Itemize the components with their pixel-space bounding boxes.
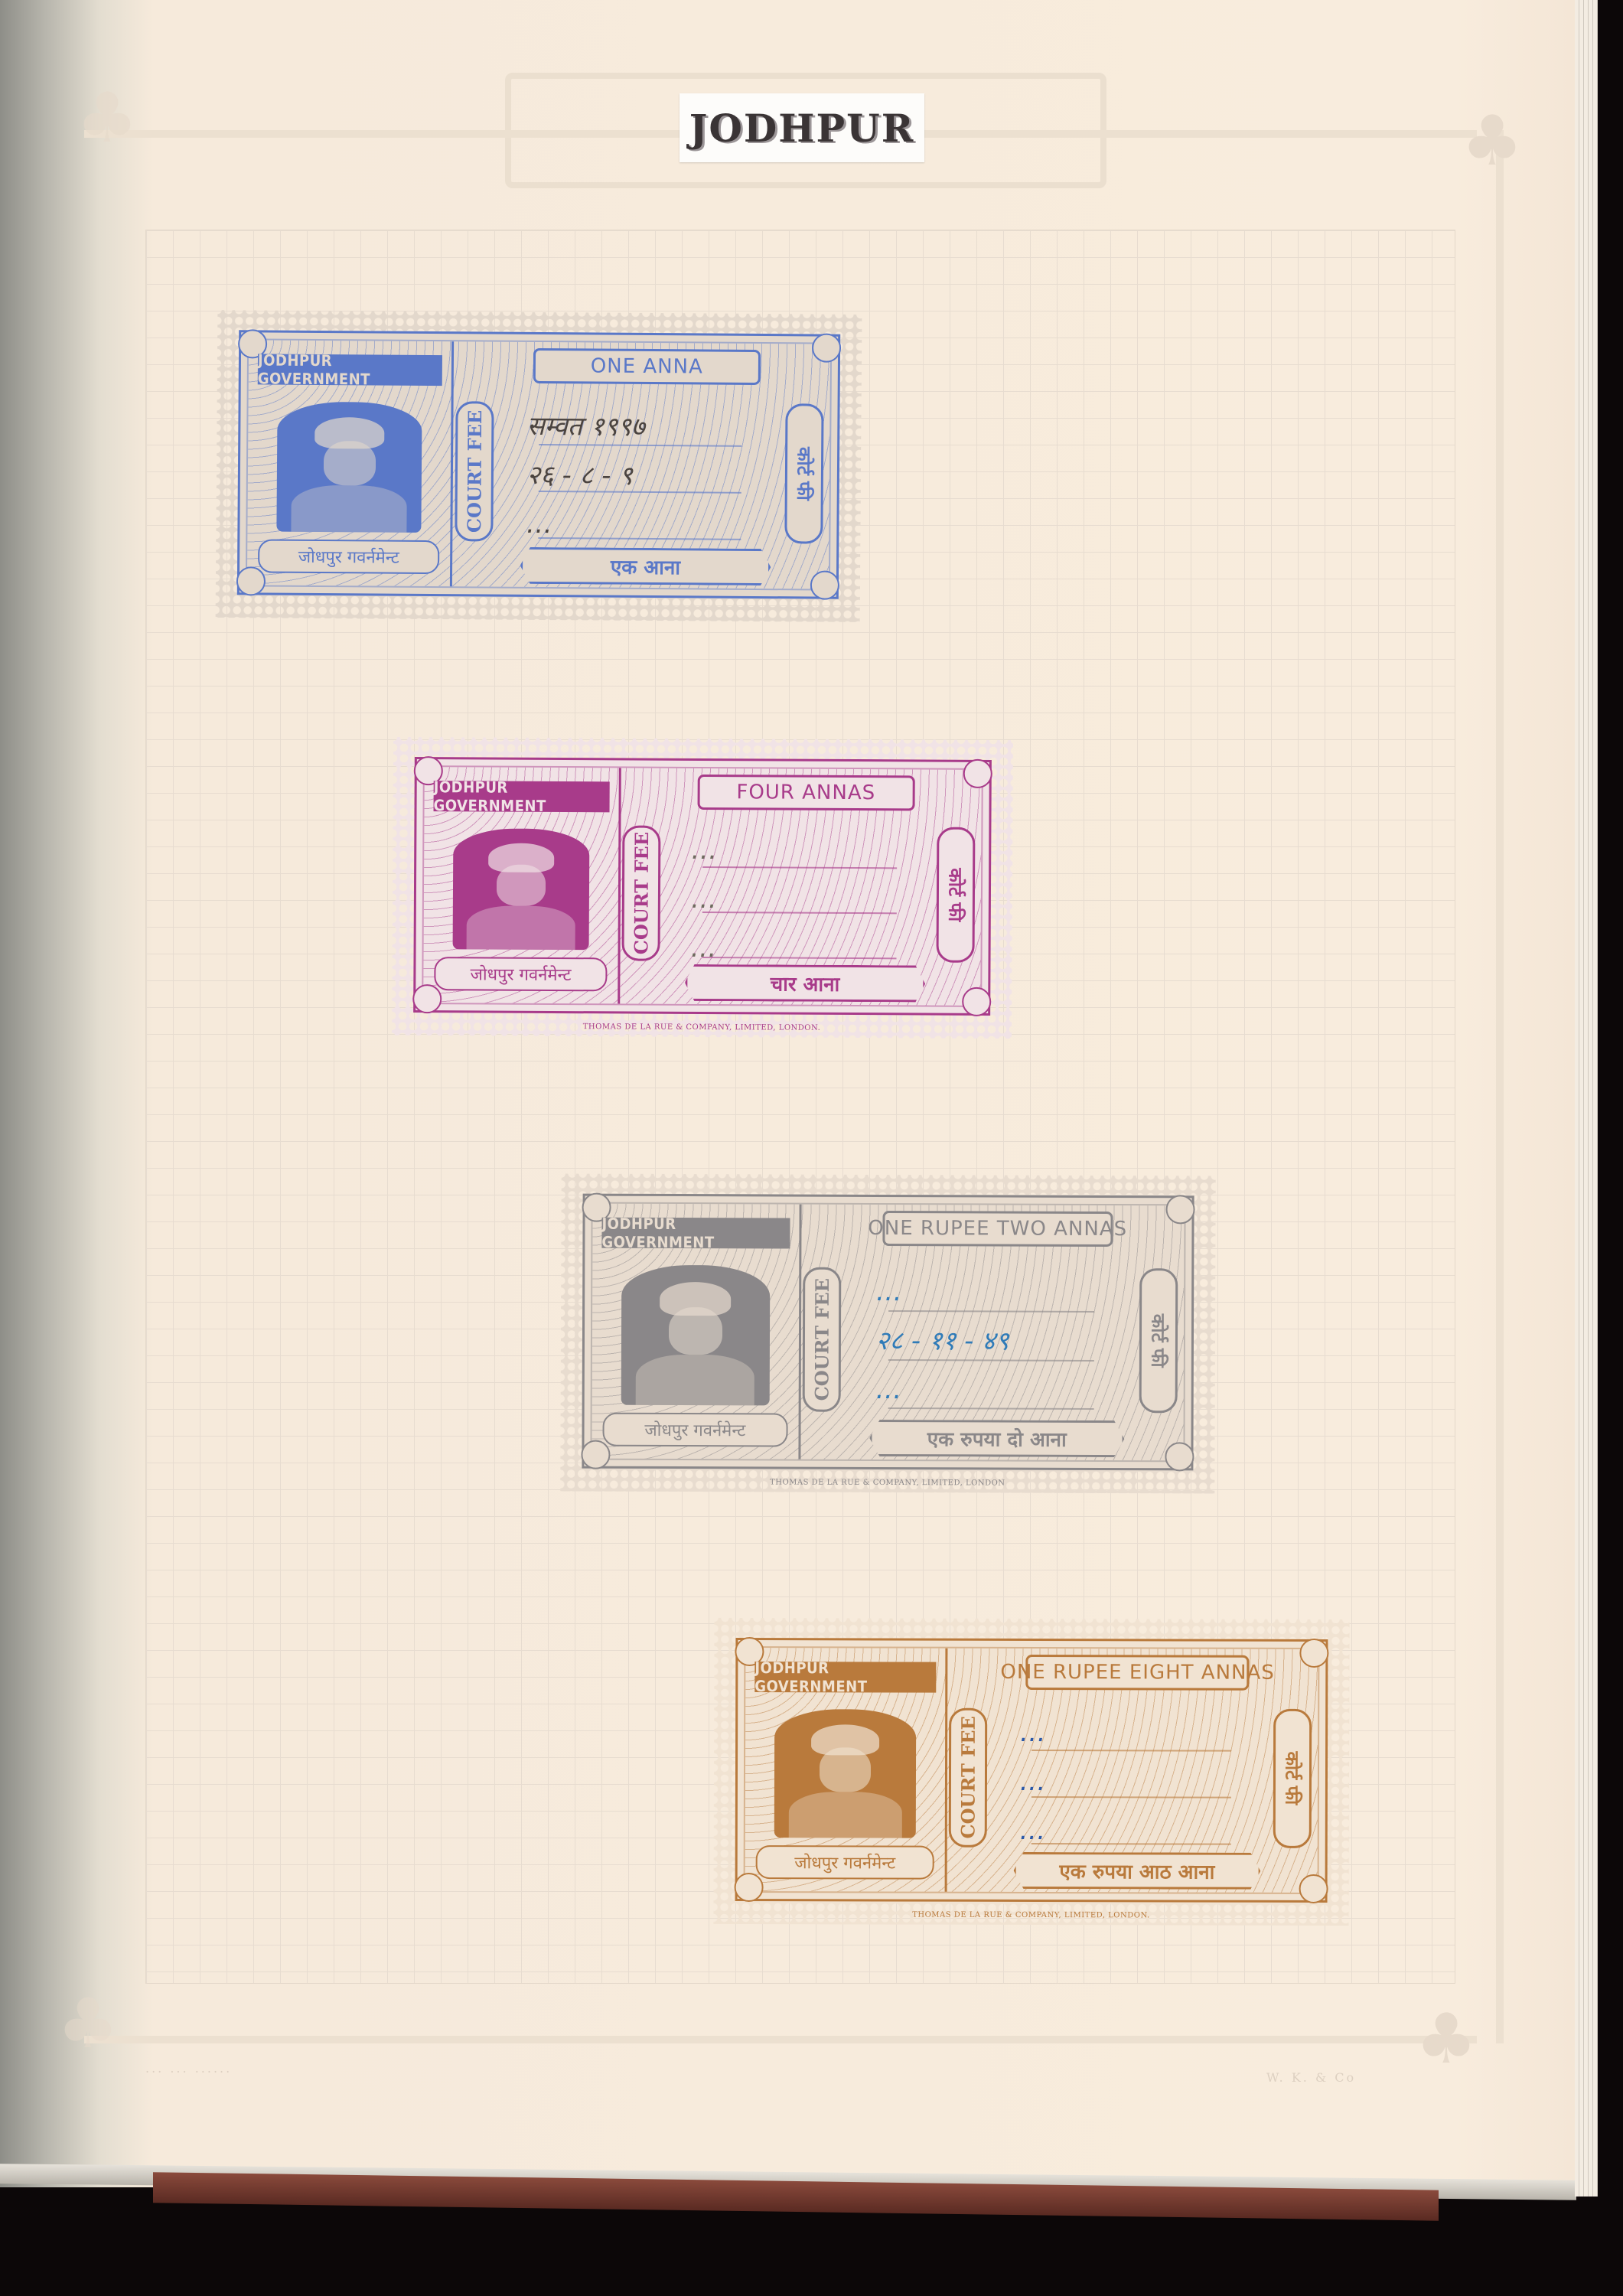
denomination-hindi: एक रुपया दो आना — [869, 1420, 1124, 1457]
stamp-design: JODHPUR GOVERNMENT जोधपुर गवर्नमेन्ट COU… — [413, 757, 992, 1016]
rosette-icon — [810, 570, 839, 599]
publisher-imprint-right: W. K. & Co — [1266, 2070, 1356, 2085]
rosette-icon — [1299, 1874, 1328, 1903]
maharaja-portrait — [453, 828, 590, 950]
frame-border-right — [1496, 130, 1504, 2043]
issuer-english: JODHPUR GOVERNMENT — [258, 354, 442, 386]
court-fee-text: COURT FEE — [463, 410, 486, 533]
court-fee-hindi-text: कोर्ट फी — [1279, 1752, 1305, 1805]
country-title-label: JODHPUR — [680, 93, 924, 162]
country-title: JODHPUR — [689, 106, 915, 151]
court-fee-text: COURT FEE — [811, 1278, 834, 1401]
maharaja-portrait — [276, 402, 422, 533]
necklace-icon — [788, 1792, 901, 1838]
page-stack-edge — [1575, 0, 1598, 2197]
manuscript-line: २८ - ११ - ४९ — [875, 1316, 1106, 1366]
manuscript-line: … — [1020, 1757, 1243, 1807]
maharaja-portrait — [774, 1709, 917, 1838]
court-fee-label: COURT FEE — [622, 826, 661, 961]
issuer-hindi: जोधपुर गवर्नमेन्ट — [602, 1413, 787, 1447]
manuscript-line: … — [876, 1267, 1107, 1317]
manuscript-line: २६ - ८ - ९ — [526, 451, 754, 501]
frame-border-bottom — [84, 2036, 1477, 2043]
court-fee-hindi-text: कोर्ट फी — [943, 868, 968, 921]
clover-ornament-icon: ♣ — [1412, 2005, 1481, 2074]
portrait-panel: JODHPUR GOVERNMENT जोधपुर गवर्नमेन्ट — [592, 1204, 801, 1459]
manuscript-cancellation: ……… — [1019, 1708, 1243, 1856]
court-fee-text: COURT FEE — [630, 832, 653, 954]
manuscript-line: सम्वत १९९७ — [527, 402, 754, 452]
necklace-icon — [291, 485, 407, 533]
publisher-imprint-left: ... ... ...... — [145, 2061, 232, 2076]
court-fee-hindi-label: कोर्ट फी — [936, 827, 975, 963]
face-icon — [323, 441, 375, 485]
manuscript-line: … — [1019, 1806, 1243, 1856]
issuer-hindi: जोधपुर गवर्नमेन्ट — [756, 1845, 934, 1880]
clover-ornament-icon: ♣ — [54, 1990, 122, 2059]
court-fee-hindi-label: कोर्ट फी — [784, 404, 823, 544]
manuscript-line: … — [526, 500, 754, 550]
necklace-icon — [466, 905, 575, 950]
issuer-english: JODHPUR GOVERNMENT — [434, 781, 611, 812]
manuscript-cancellation: …२८ - ११ - ४९… — [875, 1267, 1106, 1415]
face-icon — [820, 1748, 871, 1792]
manuscript-line: … — [875, 1365, 1106, 1415]
stamp-one-rupee-eight-annas[interactable]: JODHPUR GOVERNMENT जोधपुर गवर्नमेन्ट COU… — [713, 1618, 1349, 1926]
denomination-english: ONE RUPEE TWO ANNAS — [882, 1211, 1113, 1247]
issuer-hindi: जोधपुर गवर्नमेन्ट — [434, 957, 608, 991]
portrait-panel: JODHPUR GOVERNMENT जोधपुर गवर्नमेन्ट — [423, 767, 621, 1003]
face-icon — [497, 865, 546, 906]
stamp-four-annas[interactable]: JODHPUR GOVERNMENT जोधपुर गवर्नमेन्ट COU… — [392, 737, 1013, 1039]
manuscript-line: … — [691, 826, 909, 876]
stamp-design: JODHPUR GOVERNMENT जोधपुर गवर्नमेन्ट COU… — [237, 330, 840, 598]
printer-imprint: THOMAS DE LA RUE & COMPANY, LIMITED, LON… — [416, 1022, 988, 1033]
clover-ornament-icon: ♣ — [1458, 107, 1527, 176]
court-fee-label: COURT FEE — [455, 402, 494, 542]
printer-imprint: THOMAS DE LA RUE & COMPANY, LIMITED, LON… — [584, 1478, 1191, 1489]
rosette-icon — [1166, 1195, 1195, 1224]
issuer-english: JODHPUR GOVERNMENT — [601, 1218, 790, 1249]
rosette-icon — [1165, 1442, 1194, 1471]
denomination-english: FOUR ANNAS — [697, 775, 914, 810]
denomination-english: ONE RUPEE EIGHT ANNAS — [1026, 1655, 1250, 1691]
denomination-english: ONE ANNA — [533, 348, 761, 385]
manuscript-line: … — [1020, 1708, 1243, 1758]
portrait-panel: JODHPUR GOVERNMENT जोधपुर गवर्नमेन्ट — [247, 340, 454, 586]
clover-ornament-icon: ♣ — [73, 84, 142, 153]
manuscript-line: … — [691, 875, 909, 925]
court-fee-label: COURT FEE — [803, 1267, 842, 1412]
manuscript-cancellation: सम्वत १९९७२६ - ८ - ९… — [526, 402, 754, 550]
denomination-hindi: एक आना — [520, 547, 771, 585]
printer-imprint — [240, 612, 836, 616]
printer-imprint: THOMAS DE LA RUE & COMPANY, LIMITED, LON… — [737, 1910, 1325, 1920]
stamp-design: JODHPUR GOVERNMENT जोधपुर गवर्नमेन्ट COU… — [735, 1638, 1328, 1903]
stamp-one-rupee-two-annas[interactable]: JODHPUR GOVERNMENT जोधपुर गवर्नमेन्ट COU… — [560, 1174, 1215, 1494]
court-fee-hindi-text: कोर्ट फी — [791, 447, 816, 501]
denomination-hindi: एक रुपया आठ आना — [1014, 1852, 1261, 1890]
stamp-design: JODHPUR GOVERNMENT जोधपुर गवर्नमेन्ट COU… — [582, 1194, 1194, 1471]
court-fee-hindi-text: कोर्ट फी — [1146, 1314, 1171, 1368]
court-fee-hindi-label: कोर्ट फी — [1139, 1268, 1178, 1414]
rosette-icon — [1299, 1639, 1328, 1668]
court-fee-text: COURT FEE — [957, 1716, 979, 1838]
stamp-one-anna[interactable]: JODHPUR GOVERNMENT जोधपुर गवर्नमेन्ट COU… — [216, 310, 862, 622]
rosette-icon — [962, 987, 991, 1016]
court-fee-hindi-label: कोर्ट फी — [1273, 1709, 1312, 1848]
rosette-icon — [963, 759, 992, 788]
rosette-icon — [812, 333, 841, 362]
manuscript-cancellation: ……… — [690, 826, 908, 974]
face-icon — [669, 1307, 722, 1355]
issuer-hindi: जोधपुर गवर्नमेन्ट — [258, 539, 439, 574]
issuer-english: JODHPUR GOVERNMENT — [754, 1662, 936, 1693]
portrait-panel: JODHPUR GOVERNMENT जोधपुर गवर्नमेन्ट — [745, 1648, 948, 1892]
denomination-hindi: चार आना — [685, 964, 925, 1003]
necklace-icon — [636, 1355, 754, 1405]
court-fee-label: COURT FEE — [949, 1708, 987, 1848]
maharaja-portrait — [621, 1265, 770, 1406]
